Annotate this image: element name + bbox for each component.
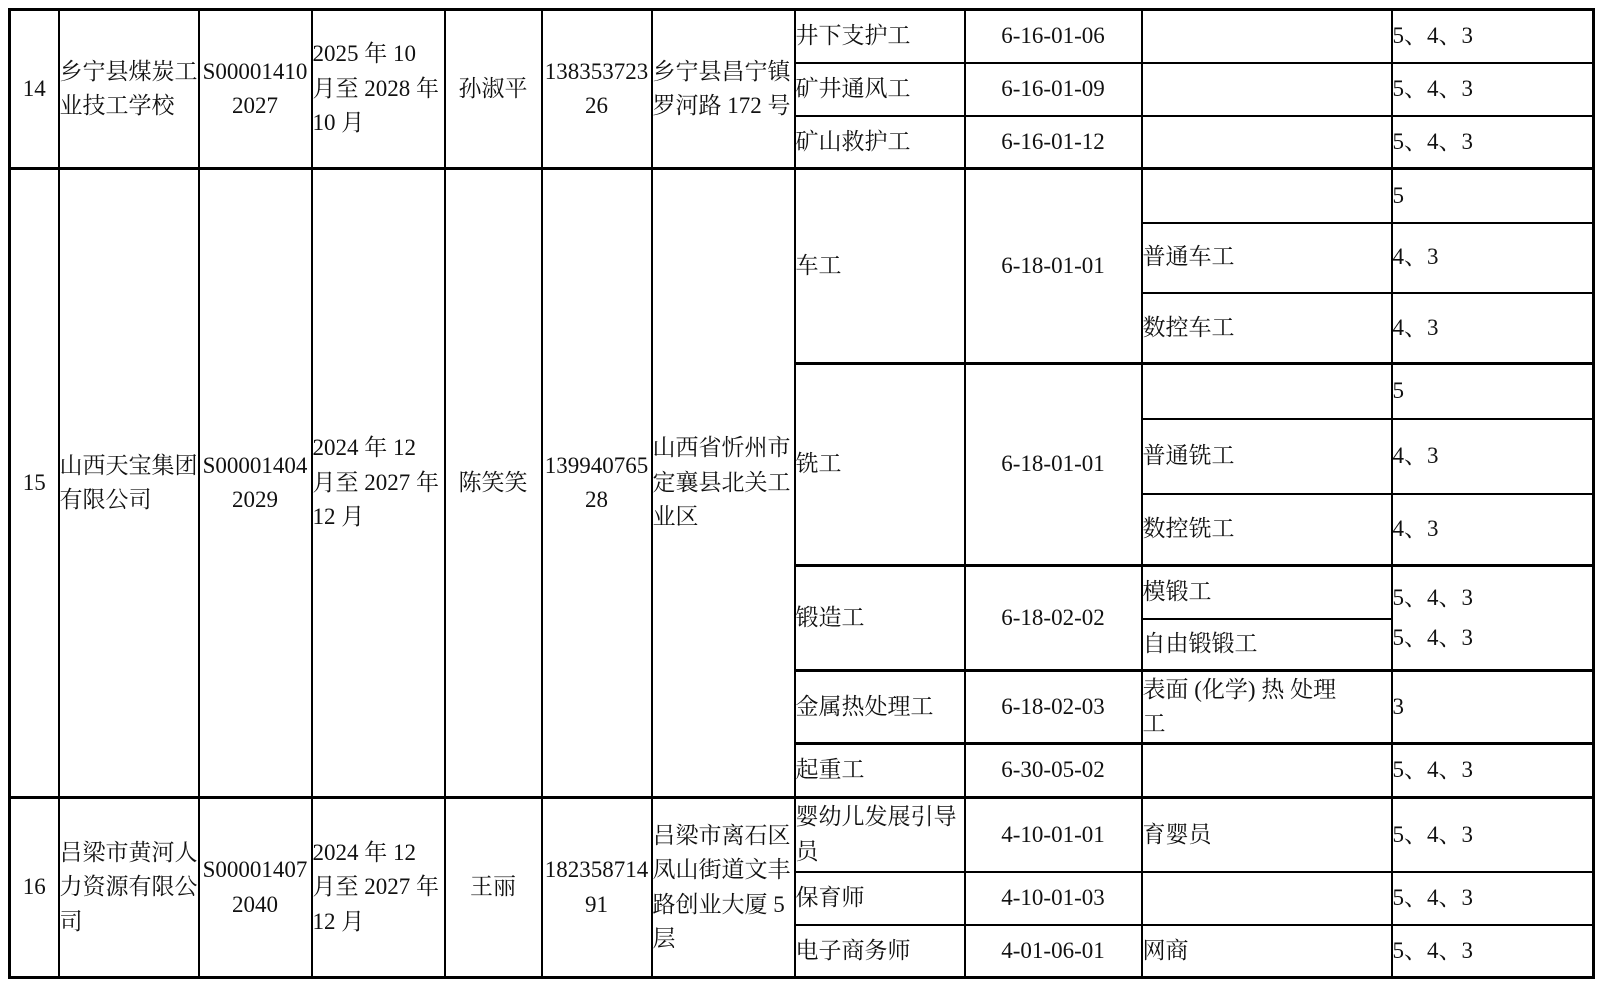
levels: 5、4、3 bbox=[1392, 744, 1594, 798]
work-type: 普通铣工 bbox=[1142, 419, 1392, 494]
occupation-code: 6-18-01-01 bbox=[965, 169, 1142, 364]
occupation-name: 车工 bbox=[795, 169, 965, 364]
work-type: 网商 bbox=[1142, 925, 1392, 978]
occupation-code: 6-18-01-01 bbox=[965, 364, 1142, 566]
work-type: 自由锻锻工 bbox=[1142, 619, 1392, 671]
occupation-code: 4-10-01-01 bbox=[965, 798, 1142, 872]
qualification-table: 14 乡宁县煤炭工业技工学校 S000014102027 2025 年 10 月… bbox=[8, 8, 1595, 979]
row-no: 16 bbox=[10, 798, 59, 978]
levels: 5 bbox=[1392, 364, 1594, 419]
validity-period: 2024 年 12 月至 2027 年 12 月 bbox=[312, 798, 445, 978]
org-name: 乡宁县煤炭工业技工学校 bbox=[59, 10, 199, 169]
levels: 5、4、3 bbox=[1392, 116, 1594, 169]
work-type bbox=[1142, 872, 1392, 925]
table-row: 16 吕梁市黄河人力资源有限公司 S000014072040 2024 年 12… bbox=[10, 798, 1594, 872]
occupation-name: 金属热处理工 bbox=[795, 671, 965, 744]
occupation-code: 6-30-05-02 bbox=[965, 744, 1142, 798]
org-address: 山西省忻州市定襄县北关工业区 bbox=[652, 169, 795, 798]
org-name: 吕梁市黄河人力资源有限公司 bbox=[59, 798, 199, 978]
occupation-code: 6-18-02-03 bbox=[965, 671, 1142, 744]
org-code: S000014042029 bbox=[199, 169, 312, 798]
work-type bbox=[1142, 364, 1392, 419]
phone-number: 13994076528 bbox=[542, 169, 652, 798]
page: 14 乡宁县煤炭工业技工学校 S000014102027 2025 年 10 月… bbox=[0, 0, 1600, 988]
org-name: 山西天宝集团有限公司 bbox=[59, 169, 199, 798]
row-no: 14 bbox=[10, 10, 59, 169]
levels: 5、4、3 bbox=[1392, 10, 1594, 63]
table-row: 14 乡宁县煤炭工业技工学校 S000014102027 2025 年 10 月… bbox=[10, 10, 1594, 63]
levels: 5 bbox=[1392, 169, 1594, 223]
contact-name: 王丽 bbox=[445, 798, 542, 978]
work-type: 数控车工 bbox=[1142, 293, 1392, 364]
work-type: 普通车工 bbox=[1142, 223, 1392, 293]
work-type: 数控铣工 bbox=[1142, 494, 1392, 566]
occupation-code: 6-18-02-02 bbox=[965, 566, 1142, 671]
levels: 5、4、3 5、4、3 bbox=[1392, 566, 1594, 671]
levels: 5、4、3 bbox=[1392, 925, 1594, 978]
row-no: 15 bbox=[10, 169, 59, 798]
validity-period: 2024 年 12 月至 2027 年 12 月 bbox=[312, 169, 445, 798]
levels: 4、3 bbox=[1392, 293, 1594, 364]
occupation-name: 井下支护工 bbox=[795, 10, 965, 63]
levels: 5、4、3 bbox=[1392, 872, 1594, 925]
table-row: 15 山西天宝集团有限公司 S000014042029 2024 年 12 月至… bbox=[10, 169, 1594, 223]
phone-number: 13835372326 bbox=[542, 10, 652, 169]
org-code: S000014102027 bbox=[199, 10, 312, 169]
work-type bbox=[1142, 116, 1392, 169]
occupation-name: 铣工 bbox=[795, 364, 965, 566]
validity-period: 2025 年 10 月至 2028 年 10 月 bbox=[312, 10, 445, 169]
levels: 4、3 bbox=[1392, 419, 1594, 494]
org-code: S000014072040 bbox=[199, 798, 312, 978]
occupation-name: 锻造工 bbox=[795, 566, 965, 671]
work-type: 表面 (化学) 热 处理 工 bbox=[1142, 671, 1392, 744]
phone-number: 18235871491 bbox=[542, 798, 652, 978]
contact-name: 陈笑笑 bbox=[445, 169, 542, 798]
occupation-code: 4-01-06-01 bbox=[965, 925, 1142, 978]
occupation-name: 电子商务师 bbox=[795, 925, 965, 978]
occupation-name: 矿山救护工 bbox=[795, 116, 965, 169]
occupation-name: 起重工 bbox=[795, 744, 965, 798]
occupation-code: 6-16-01-06 bbox=[965, 10, 1142, 63]
levels: 4、3 bbox=[1392, 494, 1594, 566]
org-address: 乡宁县昌宁镇罗河路 172 号 bbox=[652, 10, 795, 169]
occupation-name: 矿井通风工 bbox=[795, 63, 965, 116]
occupation-code: 6-16-01-09 bbox=[965, 63, 1142, 116]
levels: 5、4、3 bbox=[1392, 63, 1594, 116]
work-type bbox=[1142, 744, 1392, 798]
contact-name: 孙淑平 bbox=[445, 10, 542, 169]
work-type bbox=[1142, 63, 1392, 116]
org-address: 吕梁市离石区凤山街道文丰路创业大厦 5 层 bbox=[652, 798, 795, 978]
levels: 5、4、3 bbox=[1392, 798, 1594, 872]
occupation-name: 保育师 bbox=[795, 872, 965, 925]
work-type bbox=[1142, 169, 1392, 223]
work-type: 模锻工 bbox=[1142, 566, 1392, 619]
levels: 4、3 bbox=[1392, 223, 1594, 293]
levels: 3 bbox=[1392, 671, 1594, 744]
work-type: 育婴员 bbox=[1142, 798, 1392, 872]
occupation-code: 6-16-01-12 bbox=[965, 116, 1142, 169]
occupation-code: 4-10-01-03 bbox=[965, 872, 1142, 925]
work-type bbox=[1142, 10, 1392, 63]
occupation-name: 婴幼儿发展引导员 bbox=[795, 798, 965, 872]
